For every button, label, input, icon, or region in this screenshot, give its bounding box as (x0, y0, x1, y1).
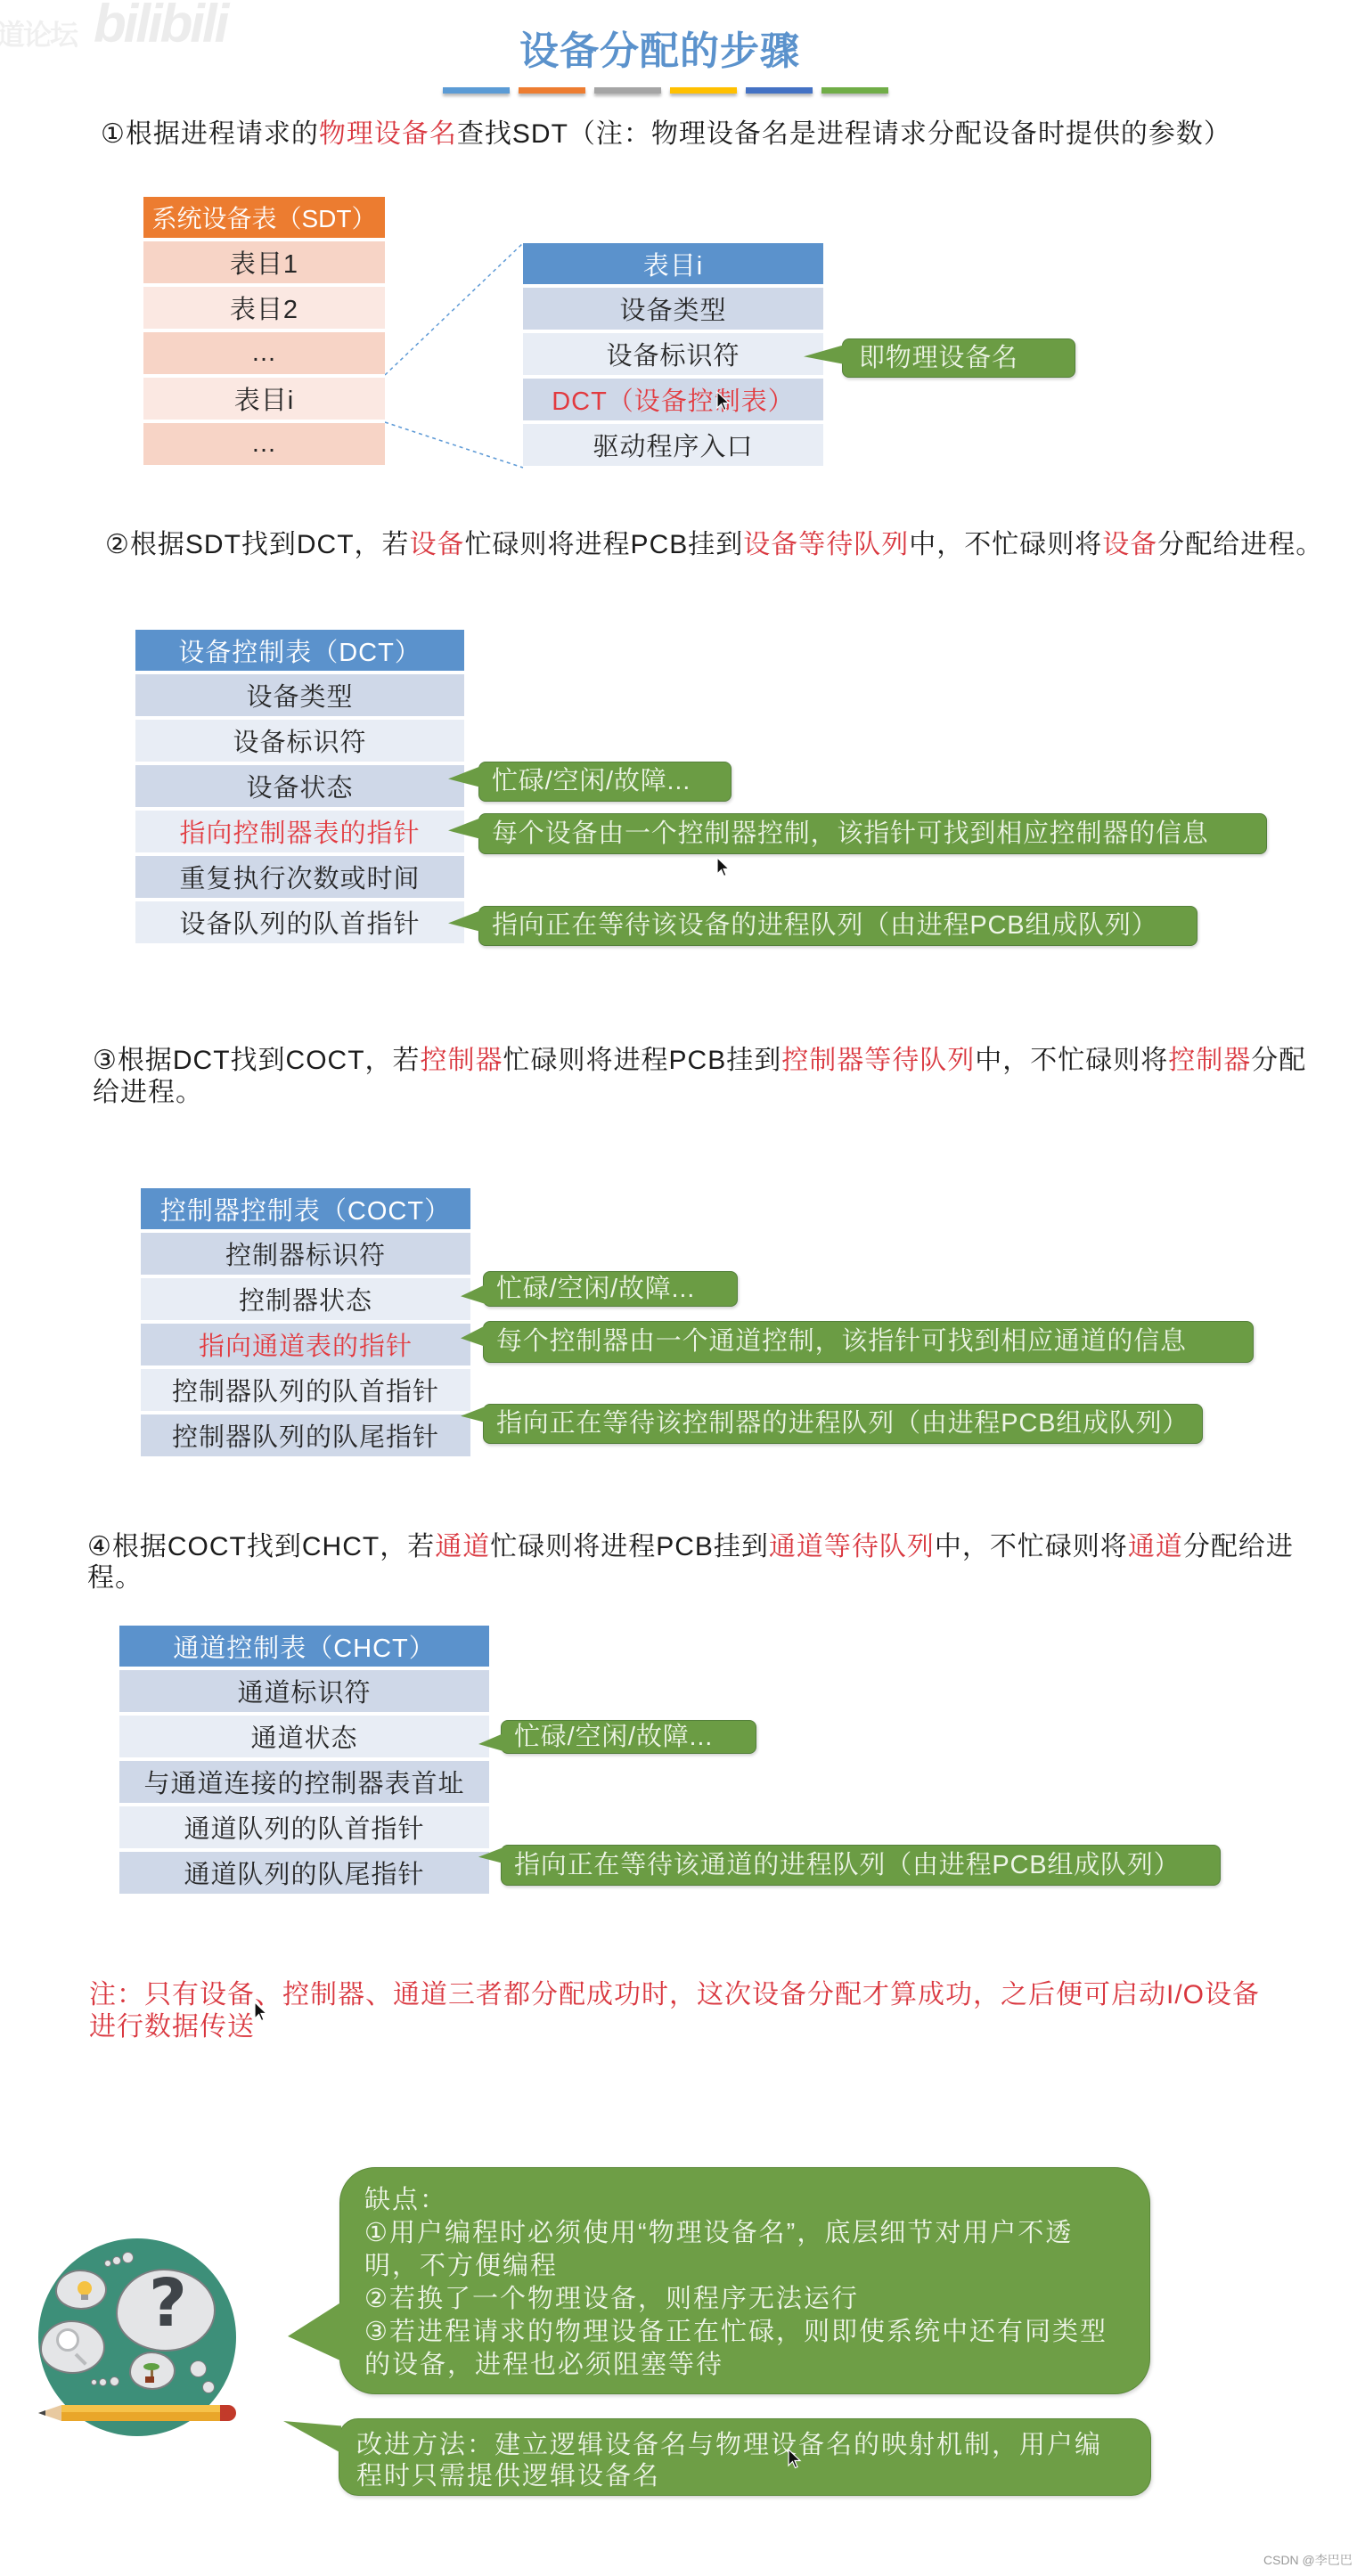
thought-bubble (99, 2378, 107, 2386)
callout-pointer (283, 2421, 341, 2453)
dct-row-device-identifier: 设备标识符 (135, 720, 464, 762)
connector-line-bottom (385, 422, 523, 468)
step-emphasis-segment: 通道 (1128, 1532, 1183, 1561)
step-text-segment: 忙碌则将进程PCB挂到 (490, 1532, 769, 1561)
chct-row-channel-identifier: 通道标识符 (119, 1670, 489, 1712)
coct-status-callout: 忙碌/空闲/故障... (483, 1271, 738, 1307)
dct-row-retry-count: 重复执行次数或时间 (135, 856, 464, 898)
connector-line-top (385, 243, 523, 375)
step-text-segment: 忙碌则将进程PCB挂到 (465, 530, 744, 559)
improvement-text: 改进方法：建立逻辑设备名与物理设备名的映射机制，用户编程时只需提供逻辑设备名 (356, 2430, 1108, 2492)
dct-row-device-type: 设备类型 (135, 674, 464, 716)
drawback-item-2: ②若换了一个物理设备，则程序无法运行 (364, 2283, 1116, 2316)
sdt-row-ellipsis: ... (143, 423, 385, 465)
sdt-table-header: 系统设备表（SDT） (143, 197, 385, 238)
sdt-entry-table: 表目i 设备类型 设备标识符 DCT（设备控制表） 驱动程序入口 (523, 243, 823, 466)
pencil-eraser (220, 2405, 236, 2421)
dct-queue-callout: 指向正在等待该设备的进程队列（由进程PCB组成队列） (478, 906, 1197, 946)
entry-row-device-identifier: 设备标识符 (523, 333, 823, 375)
sdt-table: 系统设备表（SDT） 表目1 表目2 ... 表目i ... (143, 197, 385, 465)
step-text-segment: 中，不忙碌则将 (935, 1532, 1128, 1561)
sdt-row-entry-2: 表目2 (143, 287, 385, 329)
dct-table: 设备控制表（DCT） 设备类型 设备标识符 设备状态 指向控制器表的指针 重复执… (135, 630, 464, 943)
coct-channel-pointer-callout: 每个控制器由一个通道控制，该指针可找到相应通道的信息 (483, 1321, 1254, 1363)
thought-bubble (112, 2256, 121, 2265)
step-emphasis-segment: 设备等待队列 (743, 530, 909, 559)
thought-bubble (202, 2381, 215, 2393)
thought-bubble (110, 2376, 119, 2386)
chct-table-header: 通道控制表（CHCT） (119, 1626, 489, 1667)
pencil-lead (38, 2410, 45, 2416)
step-text-segment: ④根据COCT找到CHCT，若 (87, 1532, 435, 1561)
chct-queue-callout: 指向正在等待该通道的进程队列（由进程PCB组成队列） (501, 1845, 1221, 1886)
step-text-segment: 中，不忙碌则将 (909, 530, 1102, 559)
step-emphasis-segment: 设备 (410, 530, 465, 559)
mouse-cursor-icon (716, 391, 731, 412)
step-emphasis-segment: 通道等待队列 (769, 1532, 935, 1561)
dct-table-header: 设备控制表（DCT） (135, 630, 464, 671)
question-mark-icon: ? (149, 2270, 187, 2336)
drawbacks-title: 缺点： (364, 2184, 1116, 2217)
coct-row-controller-identifier: 控制器标识符 (141, 1233, 470, 1275)
chct-row-queue-head-pointer: 通道队列的队首指针 (119, 1806, 489, 1848)
chct-row-controller-table-address: 与通道连接的控制器表首址 (119, 1761, 489, 1803)
drawback-item-3: ③若进程请求的物理设备正在忙碌，则即使系统中还有同类型的设备，进程也必须阻塞等待 (364, 2316, 1116, 2382)
step-emphasis-segment: 通道 (435, 1532, 490, 1561)
step-2-text: ②根据SDT找到DCT，若设备忙碌则将进程PCB挂到设备等待队列中，不忙碌则将设… (105, 529, 1323, 561)
pencil-body (61, 2405, 222, 2421)
dct-controller-pointer-callout: 每个设备由一个控制器控制，该指针可找到相应控制器的信息 (478, 813, 1267, 854)
coct-table-header: 控制器控制表（COCT） (141, 1188, 470, 1229)
drawbacks-callout: 缺点： ①用户编程时必须使用“物理设备名”，底层细节对用户不透明，不方便编程 ②… (339, 2167, 1150, 2394)
callout-text: 即物理设备名 (859, 346, 1018, 371)
step-text-segment: ②根据SDT找到DCT，若 (105, 530, 410, 559)
thought-bubble (104, 2260, 111, 2267)
physical-name-callout: 即物理设备名 (842, 338, 1075, 378)
callout-text: 忙碌/空闲/故障... (492, 769, 691, 795)
coct-row-queue-tail-pointer: 控制器队列的队尾指针 (141, 1414, 470, 1456)
callout-pointer (288, 2302, 342, 2361)
chct-table: 通道控制表（CHCT） 通道标识符 通道状态 与通道连接的控制器表首址 通道队列… (119, 1626, 489, 1894)
mouse-cursor-icon (716, 857, 731, 878)
entry-row-device-type: 设备类型 (523, 288, 823, 330)
chct-row-queue-tail-pointer: 通道队列的队尾指针 (119, 1852, 489, 1894)
step-emphasis-segment: 控制器 (421, 1046, 503, 1075)
lightbulb-icon (78, 2281, 92, 2295)
mouse-cursor-icon (788, 2449, 802, 2470)
coct-table: 控制器控制表（COCT） 控制器标识符 控制器状态 指向通道表的指针 控制器队列… (141, 1188, 470, 1456)
sdt-row-entry-1: 表目1 (143, 241, 385, 283)
treasure-chest-icon (145, 2376, 154, 2383)
improvement-callout: 改进方法：建立逻辑设备名与物理设备名的映射机制，用户编程时只需提供逻辑设备名 (339, 2418, 1151, 2496)
chct-status-callout: 忙碌/空闲/故障... (501, 1720, 756, 1754)
coct-row-queue-head-pointer: 控制器队列的队首指针 (141, 1369, 470, 1411)
step-text-segment: 分配给进程。 (1157, 530, 1323, 559)
dct-status-callout: 忙碌/空闲/故障... (478, 762, 732, 802)
mouse-cursor-icon (254, 2001, 268, 2023)
callout-text: 忙碌/空闲/故障... (496, 1276, 695, 1302)
entry-row-driver-entry: 驱动程序入口 (523, 424, 823, 466)
callout-text: 指向正在等待该设备的进程队列（由进程PCB组成队列） (492, 913, 1157, 939)
coct-row-controller-status: 控制器状态 (141, 1278, 470, 1320)
callout-text: 指向正在等待该通道的进程队列（由进程PCB组成队列） (514, 1853, 1180, 1879)
step-emphasis-segment: 设备 (1102, 530, 1157, 559)
step-emphasis-segment: 控制器 (1168, 1046, 1251, 1075)
step-emphasis-segment: 控制器等待队列 (781, 1046, 975, 1075)
sdt-row-ellipsis: ... (143, 332, 385, 374)
callout-text: 指向正在等待该控制器的进程队列（由进程PCB组成队列） (496, 1411, 1189, 1437)
thought-bubble (91, 2379, 97, 2385)
pencil-icon (38, 2405, 236, 2421)
dct-row-queue-head-pointer: 设备队列的队首指针 (135, 901, 464, 943)
step-text-segment: ③根据DCT找到COCT，若 (93, 1046, 421, 1075)
sdt-entry-table-header: 表目i (523, 243, 823, 284)
drawback-item-1: ①用户编程时必须使用“物理设备名”，底层细节对用户不透明，不方便编程 (364, 2217, 1116, 2283)
step-4-text: ④根据COCT找到CHCT，若通道忙碌则将进程PCB挂到通道等待队列中，不忙碌则… (87, 1531, 1308, 1594)
thought-bubble (190, 2360, 207, 2377)
entry-row-dct: DCT（设备控制表） (523, 379, 823, 420)
step-text-segment: 中，不忙碌则将 (975, 1046, 1168, 1075)
magnifier-icon (56, 2328, 79, 2352)
step-text-segment: 忙碌则将进程PCB挂到 (503, 1046, 782, 1075)
lightbulb-base (81, 2295, 88, 2300)
callout-text: 每个控制器由一个通道控制，该指针可找到相应通道的信息 (496, 1329, 1187, 1355)
palm-leaves (143, 2363, 159, 2370)
callout-text: 每个设备由一个控制器控制，该指针可找到相应控制器的信息 (492, 821, 1209, 847)
sdt-row-entry-i: 表目i (143, 378, 385, 420)
dct-row-device-status: 设备状态 (135, 765, 464, 807)
thought-bubble (122, 2252, 134, 2263)
callout-text: 忙碌/空闲/故障... (514, 1724, 713, 1750)
dct-row-controller-pointer: 指向控制器表的指针 (135, 811, 464, 852)
csdn-watermark: CSDN @李巴巴 (1263, 2551, 1353, 2569)
step-3-text: ③根据DCT找到COCT，若控制器忙碌则将进程PCB挂到控制器等待队列中，不忙碌… (93, 1045, 1322, 1109)
chct-row-channel-status: 通道状态 (119, 1716, 489, 1757)
coct-row-channel-pointer: 指向通道表的指针 (141, 1324, 470, 1365)
coct-queue-callout: 指向正在等待该控制器的进程队列（由进程PCB组成队列） (483, 1404, 1203, 1444)
